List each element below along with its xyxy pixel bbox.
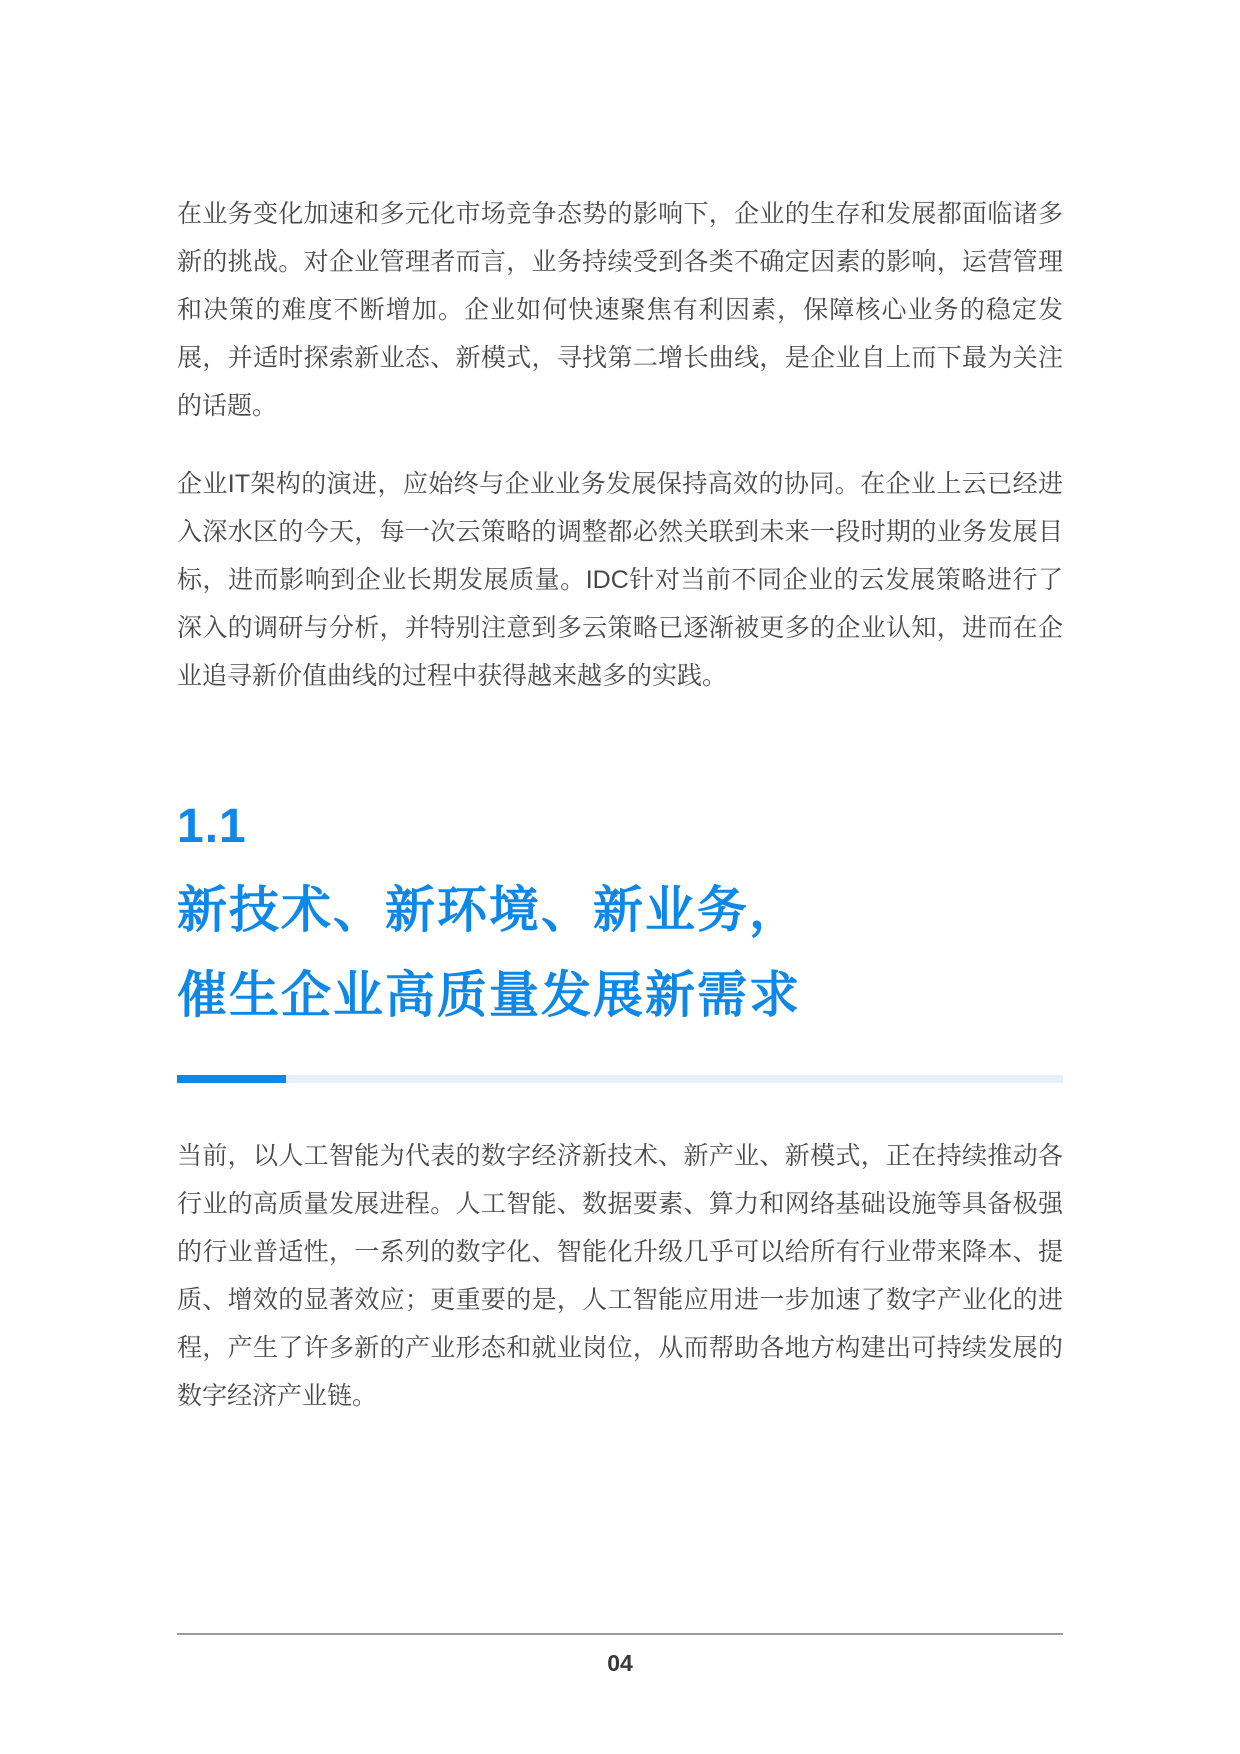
page-number: 04: [0, 1648, 1240, 1678]
paragraph-line: 的行业普适性，一系列的数字化、智能化升级几乎可以给所有行业带来降本、提: [177, 1228, 1063, 1276]
paragraph-line: 展，并适时探索新业态、新模式，寻找第二增长曲线，是企业自上而下最为关注: [177, 334, 1063, 382]
paragraph-line: 业追寻新价值曲线的过程中获得越来越多的实践。: [177, 652, 1063, 700]
paragraph-line: 企业IT架构的演进，应始终与企业业务发展保持高效的协同。在企业上云已经进: [177, 460, 1063, 508]
paragraph-line: 新的挑战。对企业管理者而言，业务持续受到各类不确定因素的影响，运营管理: [177, 238, 1063, 286]
paragraph-line: 的话题。: [177, 382, 1063, 430]
paragraph-line: 在业务变化加速和多元化市场竞争态势的影响下，企业的生存和发展都面临诸多: [177, 190, 1063, 238]
section-title-line: 催生企业高质量发展新需求: [177, 953, 801, 1038]
body-paragraph: 当前，以人工智能为代表的数字经济新技术、新产业、新模式，正在持续推动各 行业的高…: [177, 1132, 1063, 1420]
section-number: 1.1: [177, 802, 247, 852]
document-page: 在业务变化加速和多元化市场竞争态势的影响下，企业的生存和发展都面临诸多 新的挑战…: [0, 0, 1240, 1754]
paragraph-line: 入深水区的今天，每一次云策略的调整都必然关联到未来一段时期的业务发展目: [177, 508, 1063, 556]
body-paragraph: 在业务变化加速和多元化市场竞争态势的影响下，企业的生存和发展都面临诸多 新的挑战…: [177, 190, 1063, 430]
paragraph-line: 行业的高质量发展进程。人工智能、数据要素、算力和网络基础设施等具备极强: [177, 1180, 1063, 1228]
section-title-line: 新技术、新环境、新业务，: [177, 868, 801, 953]
body-paragraph: 企业IT架构的演进，应始终与企业业务发展保持高效的协同。在企业上云已经进 入深水…: [177, 460, 1063, 700]
paragraph-line: 标，进而影响到企业长期发展质量。IDC针对当前不同企业的云发展策略进行了: [177, 556, 1063, 604]
footer-rule: [177, 1633, 1063, 1635]
section-divider: [177, 1075, 1063, 1083]
paragraph-line: 和决策的难度不断增加。企业如何快速聚焦有利因素，保障核心业务的稳定发: [177, 286, 1063, 334]
divider-accent-bar: [177, 1075, 286, 1083]
paragraph-line: 当前，以人工智能为代表的数字经济新技术、新产业、新模式，正在持续推动各: [177, 1132, 1063, 1180]
paragraph-line: 深入的调研与分析，并特别注意到多云策略已逐渐被更多的企业认知，进而在企: [177, 604, 1063, 652]
paragraph-line: 数字经济产业链。: [177, 1372, 1063, 1420]
paragraph-line: 程，产生了许多新的产业形态和就业岗位，从而帮助各地方构建出可持续发展的: [177, 1324, 1063, 1372]
section-title: 新技术、新环境、新业务， 催生企业高质量发展新需求: [177, 868, 801, 1038]
paragraph-line: 质、增效的显著效应；更重要的是，人工智能应用进一步加速了数字产业化的进: [177, 1276, 1063, 1324]
